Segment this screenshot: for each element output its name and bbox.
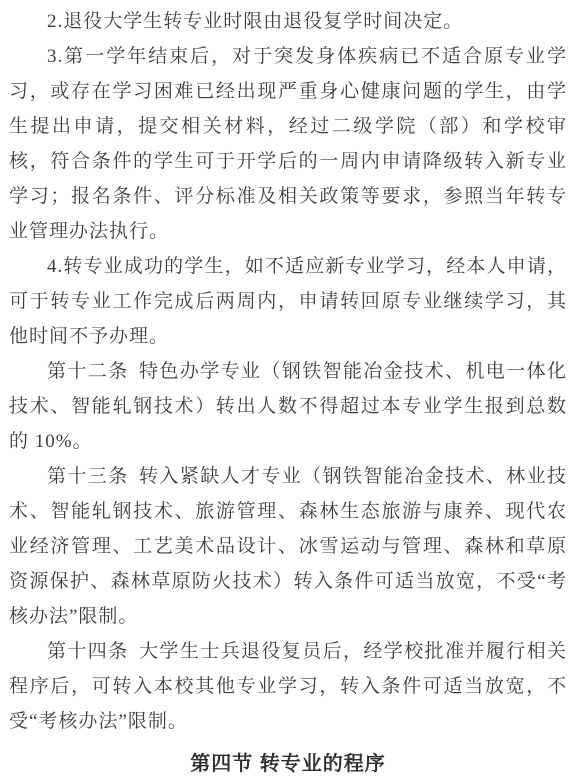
document-page: 2.退役大学生转专业时限由退役复学时间决定。 3.第一学年结束后，对于突发身体疾…: [0, 0, 576, 778]
paragraph-item-2: 2.退役大学生转专业时限由退役复学时间决定。: [9, 4, 567, 39]
paragraph-article-13: 第十三条转入紧缺人才专业（钢铁智能冶金技术、林业技术、智能轧钢技术、旅游管理、森…: [9, 459, 567, 634]
article-number: 第十三条: [47, 466, 129, 487]
paragraph-text: 4.转专业成功的学生，如不适应新专业学习，经本人申请，可于转专业工作完成后两周内…: [9, 256, 567, 347]
article-number: 第十四条: [47, 641, 129, 662]
section-heading: 第四节 转专业的程序: [9, 747, 567, 778]
article-text: 转入紧缺人才专业（钢铁智能冶金技术、林业技术、智能轧钢技术、旅游管理、森林生态旅…: [9, 466, 567, 627]
paragraph-text: 3.第一学年结束后，对于突发身体疾病已不适合原专业学习，或存在学习困难已经出现严…: [9, 46, 567, 242]
paragraph-item-4: 4.转专业成功的学生，如不适应新专业学习，经本人申请，可于转专业工作完成后两周内…: [9, 249, 567, 354]
article-number: 第十二条: [47, 361, 129, 382]
paragraph-text: 2.退役大学生转专业时限由退役复学时间决定。: [47, 11, 463, 32]
paragraph-article-14: 第十四条大学生士兵退役复员后，经学校批准并履行相关程序后，可转入本校其他专业学习…: [9, 634, 567, 739]
paragraph-article-12: 第十二条特色办学专业（钢铁智能冶金技术、机电一体化技术、智能轧钢技术）转出人数不…: [9, 354, 567, 459]
paragraph-item-3: 3.第一学年结束后，对于突发身体疾病已不适合原专业学习，或存在学习困难已经出现严…: [9, 39, 567, 249]
